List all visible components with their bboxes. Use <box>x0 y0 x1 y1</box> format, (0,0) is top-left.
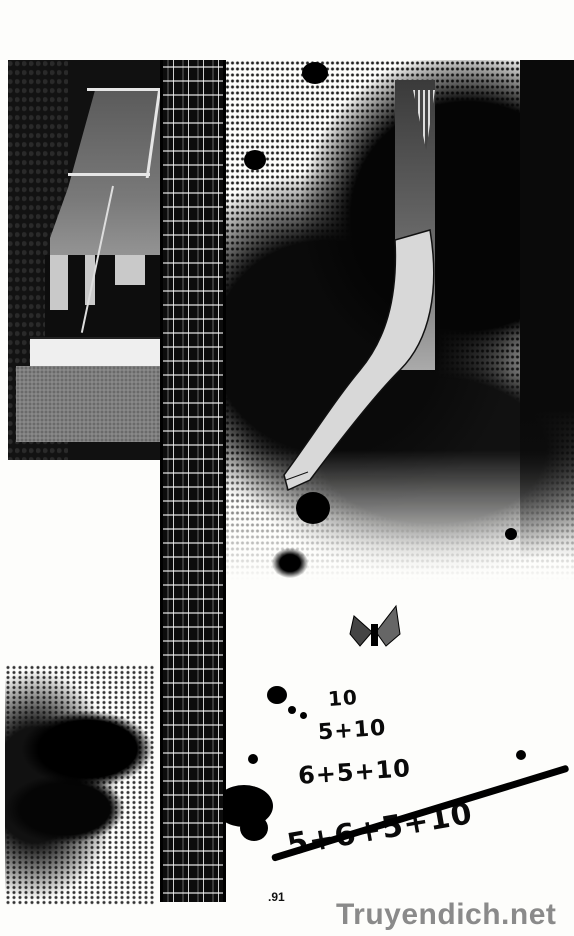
floor <box>16 366 168 442</box>
ink-splat <box>244 150 266 170</box>
manga-page: 10 5+10 6+5+10 5+6+5+10 .91 Truyendich.n… <box>0 0 574 936</box>
handwritten-sum-3: 6+5+10 <box>297 754 412 790</box>
building <box>115 255 145 285</box>
watermark: Truyendich.net <box>336 898 556 932</box>
city-skyline <box>45 255 165 340</box>
ink-splatter-bottom-left <box>5 665 155 905</box>
textured-pillar <box>160 60 226 902</box>
ink-splat <box>300 712 307 719</box>
dark-edge <box>520 60 574 560</box>
ink-splat <box>505 528 517 540</box>
window-frame <box>87 88 169 91</box>
handwritten-sum-2: 5+10 <box>317 716 387 746</box>
ink-splat <box>288 706 296 714</box>
window-sill <box>30 337 168 367</box>
ink-splat <box>272 548 308 578</box>
ink-splat <box>296 492 330 524</box>
ink-splat <box>302 62 328 84</box>
page-number: .91 <box>268 890 285 904</box>
building <box>50 255 68 310</box>
ink-splat <box>248 754 258 764</box>
ink-splat <box>267 686 287 704</box>
dangling-leg <box>280 150 480 510</box>
handwritten-sum-1: 10 <box>327 685 358 711</box>
butterfly-icon <box>346 604 402 650</box>
window-frame <box>68 173 150 176</box>
ink-splat <box>240 815 268 841</box>
ink-splat <box>516 750 526 760</box>
